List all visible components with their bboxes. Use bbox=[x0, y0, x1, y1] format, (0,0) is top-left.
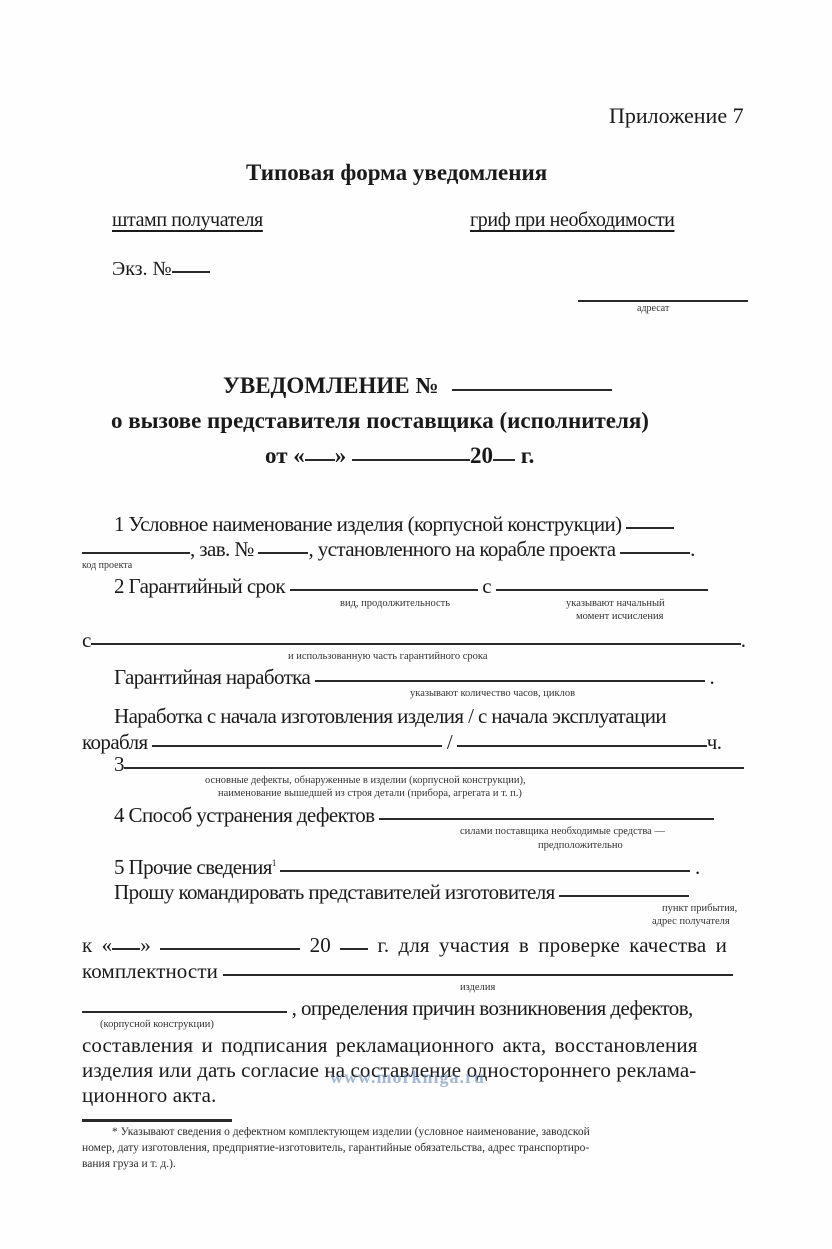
copy-number: Экз. № bbox=[112, 258, 210, 281]
appendix-label: Приложение 7 bbox=[609, 103, 744, 129]
defects-caption-1: основные дефекты, обнаруженные в изделии… bbox=[205, 775, 526, 786]
warranty-start-caption-2: момент исчисления bbox=[576, 611, 663, 622]
item5-label: 5 Прочие сведения bbox=[114, 855, 272, 879]
warranty-type-caption: вид, продолжительность bbox=[340, 598, 450, 609]
addressee-caption: адресат bbox=[637, 303, 669, 314]
item2-from: с bbox=[482, 574, 491, 598]
addressee-field[interactable] bbox=[578, 300, 748, 302]
item-name-field[interactable] bbox=[223, 974, 733, 976]
defects-field[interactable] bbox=[124, 767, 744, 769]
warranty-used-caption: и использованную часть гарантийного срок… bbox=[288, 651, 488, 662]
factory-no-label: , зав. № bbox=[190, 537, 254, 561]
runtime-operation-field[interactable] bbox=[457, 745, 707, 747]
project-code-caption: код проекта bbox=[82, 560, 132, 571]
arrival-caption-1: пункт прибытия, bbox=[662, 903, 737, 914]
item2-label: 2 Гарантийный срок bbox=[114, 574, 285, 598]
hull-structure-field[interactable] bbox=[82, 1011, 287, 1013]
runtime-unit: ч. bbox=[707, 730, 722, 754]
notice-title: УВЕДОМЛЕНИЕ № bbox=[223, 373, 612, 399]
warranty-runtime-line: Гарантийная наработка . bbox=[114, 665, 714, 690]
runtime-ship-label: корабля bbox=[82, 730, 148, 754]
classification-label: гриф при необходимости bbox=[470, 209, 674, 232]
warranty-used-line: с. bbox=[82, 628, 745, 653]
causes-line: , определения причин возникновения дефек… bbox=[82, 996, 693, 1021]
runtime-manufacture-field[interactable] bbox=[152, 745, 442, 747]
footnote-line-3: вания груза и т. д.). bbox=[82, 1156, 176, 1172]
copy-number-label: Экз. № bbox=[112, 258, 172, 280]
ship-project-field[interactable] bbox=[620, 552, 690, 554]
request-year-field[interactable] bbox=[340, 948, 368, 950]
repair-caption-1: силами поставщика необходимые средства — bbox=[460, 826, 665, 837]
item3-line: 3 bbox=[114, 752, 744, 777]
copy-number-field[interactable] bbox=[172, 271, 210, 273]
warranty-used-field[interactable] bbox=[91, 643, 741, 645]
notice-title-text: УВЕДОМЛЕНИЕ № bbox=[223, 373, 438, 398]
request-month-field[interactable] bbox=[160, 948, 300, 950]
request-date-prefix: к « bbox=[82, 933, 112, 957]
item3-label: 3 bbox=[114, 752, 124, 776]
completeness-label: комплектности bbox=[82, 959, 218, 983]
request-date-line: к «» 20 г. для участия в проверке качест… bbox=[82, 933, 727, 958]
notice-subtitle: о вызове представителя поставщика (испол… bbox=[111, 408, 649, 434]
defects-caption-2: наименование вышедшей из строя детали (п… bbox=[218, 788, 522, 799]
warranty-runtime-field[interactable] bbox=[315, 680, 705, 682]
footnote-divider bbox=[82, 1119, 232, 1122]
date-suffix: г. bbox=[521, 443, 535, 468]
notice-year-field[interactable] bbox=[493, 459, 515, 461]
date-prefix: от « bbox=[265, 443, 305, 468]
notice-month-field[interactable] bbox=[352, 459, 470, 461]
arrival-caption-2: адрес получателя bbox=[652, 916, 730, 927]
item1-line2: , зав. № , установленного на корабле про… bbox=[82, 537, 695, 562]
repair-method-field[interactable] bbox=[379, 818, 714, 820]
form-title: Типовая форма уведомления bbox=[246, 160, 547, 186]
request-line: Прошу командировать представителей изгот… bbox=[114, 880, 689, 905]
warranty-runtime-caption: указывают количество часов, циклов bbox=[410, 688, 575, 699]
warranty-runtime-label: Гарантийная наработка bbox=[114, 665, 310, 689]
watermark: www.morkniga.ru bbox=[330, 1067, 485, 1088]
item4-label: 4 Способ устранения дефектов bbox=[114, 803, 374, 827]
closing-line-1: составления и подписания рекламационного… bbox=[82, 1033, 698, 1058]
request-day-field[interactable] bbox=[112, 948, 140, 950]
installed-label: , установленного на корабле проекта bbox=[308, 537, 615, 561]
factory-no-field[interactable] bbox=[258, 552, 308, 554]
runtime-since-label: Наработка с начала изготовления изделия … bbox=[114, 704, 666, 729]
item2-with: с bbox=[82, 628, 91, 652]
other-info-field[interactable] bbox=[280, 870, 690, 872]
stamp-label: штамп получателя bbox=[112, 209, 263, 232]
item4-line: 4 Способ устранения дефектов bbox=[114, 803, 714, 828]
item5-line: 5 Прочие сведения1 . bbox=[114, 855, 700, 880]
request-purpose: г. для участия в проверке качества и bbox=[378, 933, 727, 957]
hull-caption: (корпусной конструкции) bbox=[100, 1019, 214, 1030]
repair-caption-2: предположительно bbox=[538, 840, 623, 851]
item1-label: 1 Условное наименование изделия (корпусн… bbox=[114, 512, 622, 536]
warranty-start-caption-1: указывают начальный bbox=[566, 598, 665, 609]
project-code-field[interactable] bbox=[82, 552, 190, 554]
item1-line: 1 Условное наименование изделия (корпусн… bbox=[114, 512, 674, 537]
footnote-line-1: * Указывают сведения о дефектном комплек… bbox=[112, 1124, 590, 1140]
date-quote-close: » bbox=[335, 443, 347, 468]
notice-day-field[interactable] bbox=[305, 459, 335, 461]
arrival-point-field[interactable] bbox=[559, 895, 689, 897]
request-date-close: » bbox=[140, 933, 151, 957]
footnote-mark: 1 bbox=[272, 858, 276, 868]
request-year: 20 bbox=[310, 933, 331, 957]
causes-text: , определения причин возникновения дефек… bbox=[292, 996, 693, 1020]
closing-line-3: ционного акта. bbox=[82, 1083, 216, 1108]
item1-name-field[interactable] bbox=[626, 527, 674, 529]
item2-line: 2 Гарантийный срок с bbox=[114, 574, 708, 599]
footnote-line-2: номер, дату изготовления, предприятие-из… bbox=[82, 1140, 589, 1156]
runtime-slash: / bbox=[447, 730, 452, 754]
request-label: Прошу командировать представителей изгот… bbox=[114, 880, 555, 904]
warranty-type-field[interactable] bbox=[290, 589, 478, 591]
notice-number-field[interactable] bbox=[452, 389, 612, 391]
completeness-line: комплектности bbox=[82, 959, 733, 984]
warranty-start-field[interactable] bbox=[496, 589, 708, 591]
date-year: 20 bbox=[470, 443, 493, 468]
notice-date: от «» 20 г. bbox=[265, 443, 534, 469]
item-caption: изделия bbox=[460, 982, 495, 993]
